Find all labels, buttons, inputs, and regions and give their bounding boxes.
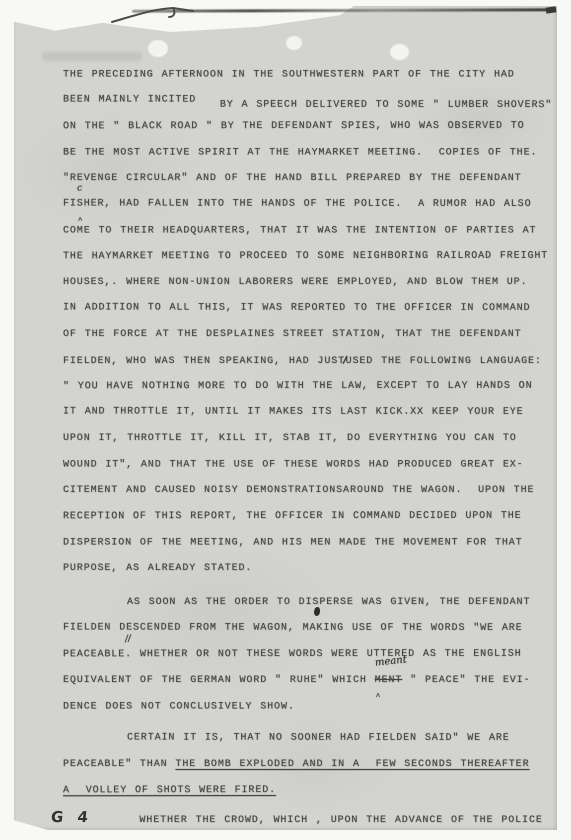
text-segment: EQUIVALENT OF THE GERMAN WORD " RUHE" WH… bbox=[63, 675, 375, 686]
text-segment bbox=[92, 815, 139, 826]
text-line: "REVENGE CIRCULAR" AND OF THE HAND BILL … bbox=[63, 166, 545, 192]
text-line: EQUIVALENT OF THE GERMAN WORD " RUHE" WH… bbox=[63, 668, 545, 694]
text-segment: UPON IT, THROTTLE IT, KILL IT, STAB IT, … bbox=[63, 433, 517, 444]
text-segment: " PEACE" THE EVI- bbox=[402, 675, 530, 686]
paper-hole bbox=[148, 40, 168, 57]
text-line: BE THE MOST ACTIVE SPIRIT AT THE HAYMARK… bbox=[63, 140, 545, 166]
text-line: A VOLLEY OF SHOTS WERE FIRED. bbox=[63, 778, 545, 805]
text-segment: CITEMENT AND CAUSED NOISY DEMONSTRATIONS… bbox=[63, 485, 534, 496]
text-line: IT AND THROTTLE IT, UNTIL IT MAKES ITS L… bbox=[63, 399, 545, 426]
text-line: UPON IT, THROTTLE IT, KILL IT, STAB IT, … bbox=[63, 426, 545, 452]
underlined-text: A VOLLEY OF SHOTS WERE FIRED. bbox=[63, 785, 276, 796]
text-line: FIELDEN, WHO WAS THEN SPEAKING, HAD JUST… bbox=[63, 348, 545, 374]
pen-stroke-mark bbox=[109, 4, 213, 26]
text-line: AS SOON AS THE ORDER TO DISPERSE WAS GIV… bbox=[63, 590, 545, 616]
text-line: WOUND IT", AND THAT THE USE OF THESE WOR… bbox=[63, 452, 545, 478]
bottom-corner-cut bbox=[14, 816, 48, 830]
text-segment: OF THE FORCE AT THE DESPLAINES STREET ST… bbox=[63, 329, 522, 340]
text-line: OF THE FORCE AT THE DESPLAINES STREET ST… bbox=[63, 322, 545, 348]
text-segment: WHETHER OR NOT THESE WORDS WERE UTTERED … bbox=[132, 649, 522, 660]
text-line: PEACEABLE.// WHETHER OR NOT THESE WORDS … bbox=[63, 642, 545, 669]
text-segment: PEACEABLE bbox=[63, 649, 125, 660]
text-line: DENCE DOES NOT CONCLUSIVELY SHOW. bbox=[63, 694, 545, 720]
text-segment: Sc^ bbox=[77, 191, 84, 217]
text-segment: FI bbox=[63, 198, 77, 209]
text-segment: PURPOSE, AS ALREADY STATED. bbox=[63, 563, 252, 574]
text-segment: ON THE " BLACK ROAD " BY THE DEFENDANT S… bbox=[63, 121, 525, 132]
text-segment: CERTAIN IT IS, THAT NO SOONER HAD FIELDE… bbox=[127, 733, 510, 744]
text-line: CERTAIN IT IS, THAT NO SOONER HAD FIELDE… bbox=[63, 725, 545, 752]
text-line: FISc^HER, HAD FALLEN INTO THE HANDS OF T… bbox=[63, 191, 545, 218]
text-segment: COME TO THEIR HEADQUARTERS, THAT IT WAS … bbox=[63, 225, 536, 236]
text-line: DISPERSION OF THE MEETING, AND HIS MEN M… bbox=[63, 530, 545, 556]
text-segment: IT AND THROTTLE IT, UNTIL IT MAKES ITS L… bbox=[63, 406, 524, 417]
handwritten-page-mark: G 4 bbox=[50, 804, 94, 830]
text-segment: IN ADDITION TO ALL THIS, IT WAS REPORTED… bbox=[63, 302, 530, 313]
text-line: PURPOSE, AS ALREADY STATED. bbox=[63, 556, 545, 582]
text-segment: "REVENGE CIRCULAR" AND OF THE HAND BILL … bbox=[63, 173, 522, 184]
text-line: THE PRECEDING AFTERNOON IN THE SOUTHWEST… bbox=[63, 62, 545, 88]
text-line: FIELDEN DESCENDED FROM THE WAGON, MAKING… bbox=[63, 615, 545, 642]
text-segment: THE PRECEDING AFTERNOON IN THE SOUTHWEST… bbox=[63, 69, 515, 80]
text-line: HOUSES,. WHERE NON-UNION LABORERS WERE E… bbox=[63, 270, 545, 296]
text-line: CITEMENT AND CAUSED NOISY DEMONSTRATIONS… bbox=[63, 478, 545, 504]
text-segment: WOUND IT", AND THAT THE USE OF THESE WOR… bbox=[63, 459, 524, 470]
document-text: THE PRECEDING AFTERNOON IN THE SOUTHWEST… bbox=[63, 62, 545, 830]
text-segment: USED THE FOLLOWING LANGUAGE: bbox=[346, 356, 542, 367]
text-segment: WHETHER THE CROWD, WHICH , UPON THE ADVA… bbox=[139, 815, 542, 826]
text-segment: FIELDEN DESCENDED FROM THE WAGON, MAKING… bbox=[63, 622, 523, 633]
text-line: THE HAYMARKET MEETING TO PROCEED TO SOME… bbox=[63, 244, 545, 271]
handwritten-correction: // bbox=[125, 634, 132, 645]
text-segment: " YOU HAVE NOTHING MORE TO DO WITH THE L… bbox=[63, 381, 532, 392]
text-line: COME TO THEIR HEADQUARTERS, THAT IT WAS … bbox=[63, 218, 545, 244]
text-line: ON THE " BLACK ROAD " BY THE DEFENDANT S… bbox=[63, 114, 545, 141]
text-line: BEEN MAINLY INCITED BY A SPEECH DELIVERE… bbox=[63, 87, 545, 114]
corner-mark bbox=[546, 6, 557, 13]
text-segment: THE HAYMARKET MEETING TO PROCEED TO SOME… bbox=[63, 251, 548, 263]
text-segment: AS SOON AS THE ORDER TO DISPERSE WAS GIV… bbox=[127, 597, 530, 608]
scanned-page: THE PRECEDING AFTERNOON IN THE SOUTHWEST… bbox=[14, 6, 557, 830]
text-segment: DENCE DOES NOT CONCLUSIVELY SHOW. bbox=[63, 701, 295, 712]
text-segment: BE THE MOST ACTIVE SPIRIT AT THE HAYMARK… bbox=[63, 147, 537, 158]
text-line: IN ADDITION TO ALL THIS, IT WAS REPORTED… bbox=[63, 295, 545, 322]
text-line: " YOU HAVE NOTHING MORE TO DO WITH THE L… bbox=[63, 374, 545, 401]
struck-word: MENTmeant^ bbox=[375, 668, 403, 694]
text-segment: HOUSES,. WHERE NON-UNION LABORERS WERE E… bbox=[63, 277, 527, 288]
paper-hole bbox=[390, 44, 409, 60]
text-line: RECEPTION OF THIS REPORT, THE OFFICER IN… bbox=[63, 504, 545, 531]
text-segment: FIELDEN, WHO WAS THEN SPEAKING, HAD JUST bbox=[63, 356, 345, 367]
underlined-text: THE BOMB EXPLODED AND IN A FEW SECONDS T… bbox=[175, 759, 529, 770]
text-line: G 4 WHETHER THE CROWD, WHICH , UPON THE … bbox=[63, 804, 545, 830]
text-segment: .// bbox=[125, 642, 132, 668]
text-segment: PEACEABLE" THAN bbox=[63, 759, 175, 770]
text-segment: BEEN MAINLY INCITED bbox=[63, 94, 220, 105]
text-segment: RECEPTION OF THIS REPORT, THE OFFICER IN… bbox=[63, 511, 522, 522]
paper-hole bbox=[286, 36, 302, 50]
handwritten-correction: c bbox=[76, 183, 82, 193]
text-segment: DISPERSION OF THE MEETING, AND HIS MEN M… bbox=[63, 537, 523, 548]
text-segment: HER, HAD FALLEN INTO THE HANDS OF THE PO… bbox=[84, 198, 532, 209]
pencil-smudge bbox=[42, 52, 142, 61]
text-line: PEACEABLE" THAN THE BOMB EXPLODED AND IN… bbox=[63, 752, 545, 778]
